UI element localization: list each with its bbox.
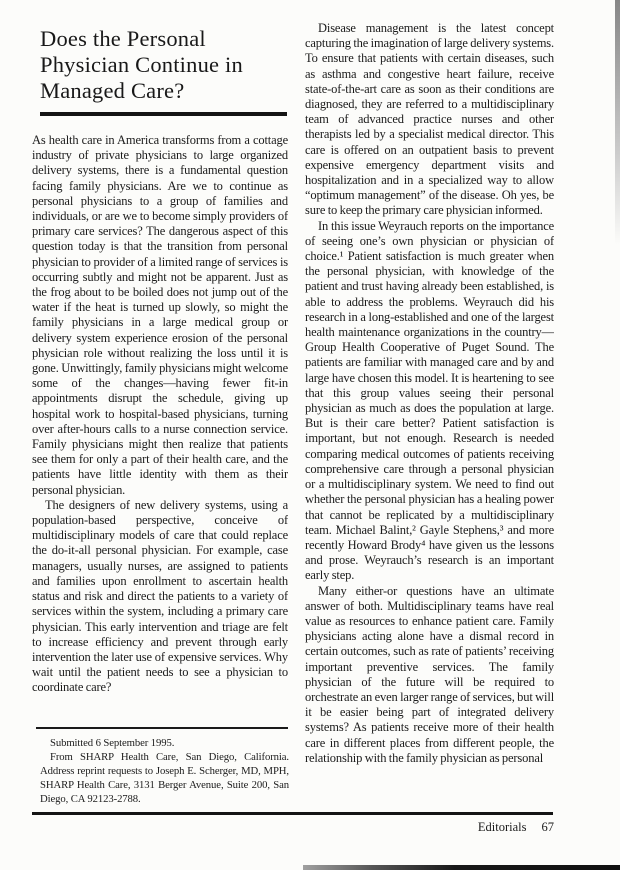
scan-edge-artifact — [615, 0, 620, 245]
left-paragraph-1: As health care in America transforms fro… — [32, 133, 288, 498]
bottom-rule — [32, 812, 553, 815]
page-footer: Editorials67 — [305, 820, 554, 835]
right-column: Disease management is the latest concept… — [305, 21, 554, 812]
right-paragraph-3: Many either-or questions have an ultimat… — [305, 584, 554, 766]
footnote: Submitted 6 September 1995. From SHARP H… — [40, 737, 289, 807]
footer-page-number: 67 — [542, 820, 555, 834]
title-rule — [40, 112, 287, 116]
left-column: As health care in America transforms fro… — [32, 133, 288, 696]
journal-page: Does the Personal Physician Continue in … — [0, 0, 620, 870]
scan-bottom-edge-artifact — [303, 865, 620, 870]
footer-section-label: Editorials — [478, 820, 527, 834]
left-paragraph-2: The designers of new delivery systems, u… — [32, 498, 288, 696]
article-title: Does the Personal Physician Continue in … — [40, 26, 278, 104]
right-paragraph-2: In this issue Weyrauch reports on the im… — [305, 219, 554, 584]
footnote-rule — [36, 727, 288, 729]
footnote-affiliation-line: From SHARP Health Care, San Diego, Calif… — [40, 751, 289, 807]
footnote-submitted-line: Submitted 6 September 1995. — [40, 737, 289, 751]
right-paragraph-1: Disease management is the latest concept… — [305, 21, 554, 219]
